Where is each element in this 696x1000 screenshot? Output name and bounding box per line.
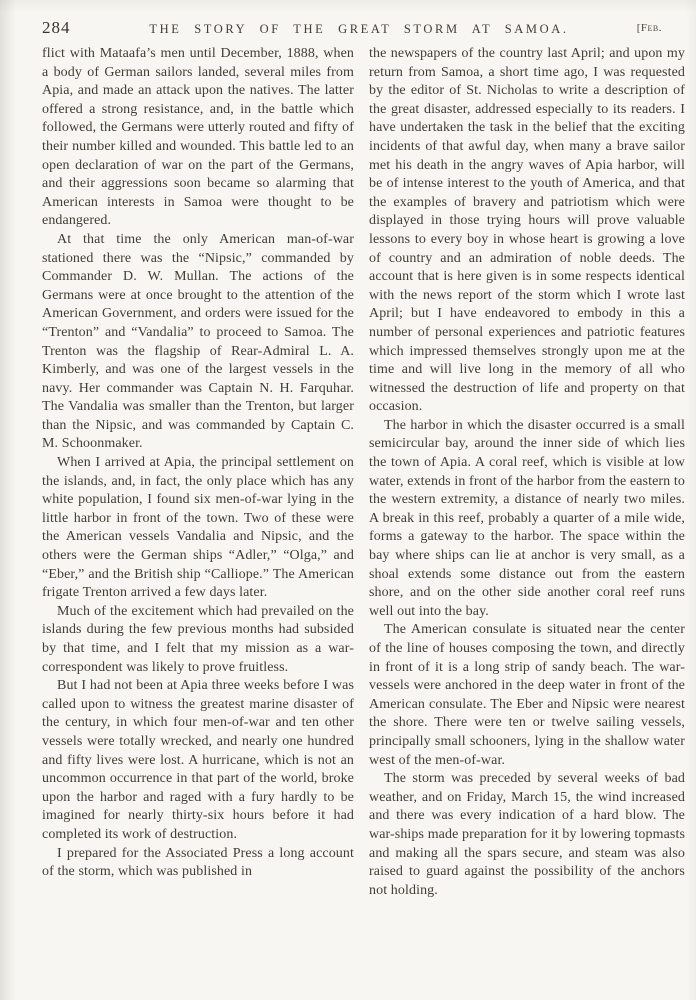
paragraph: the newspapers of the country last April…: [369, 45, 685, 417]
right-column: the newspapers of the country last April…: [369, 45, 685, 900]
paragraph: The storm was preceded by several weeks …: [369, 770, 685, 900]
running-title: THE STORY OF THE GREAT STORM AT SAMOA.: [42, 22, 676, 37]
paragraph: The American consulate is situated near …: [369, 621, 685, 770]
paragraph: Much of the excitement which had prevail…: [42, 603, 354, 677]
paragraph: But I had not been at Apia three weeks b…: [42, 677, 354, 844]
paragraph: I prepared for the Associated Press a lo…: [42, 845, 354, 882]
left-column: flict with Mataafa’s men until December,…: [42, 45, 354, 900]
paragraph: At that time the only American man-of-wa…: [42, 231, 354, 454]
paragraph: When I arrived at Apia, the principal se…: [42, 454, 354, 603]
issue-label: [Feb.: [637, 22, 662, 34]
scanned-book-page: 284 THE STORY OF THE GREAT STORM AT SAMO…: [0, 0, 696, 1000]
page-header: 284 THE STORY OF THE GREAT STORM AT SAMO…: [42, 18, 676, 40]
text-columns: flict with Mataafa’s men until December,…: [42, 45, 685, 900]
paragraph: The harbor in which the disaster occurre…: [369, 417, 685, 622]
paragraph: flict with Mataafa’s men until December,…: [42, 45, 354, 231]
